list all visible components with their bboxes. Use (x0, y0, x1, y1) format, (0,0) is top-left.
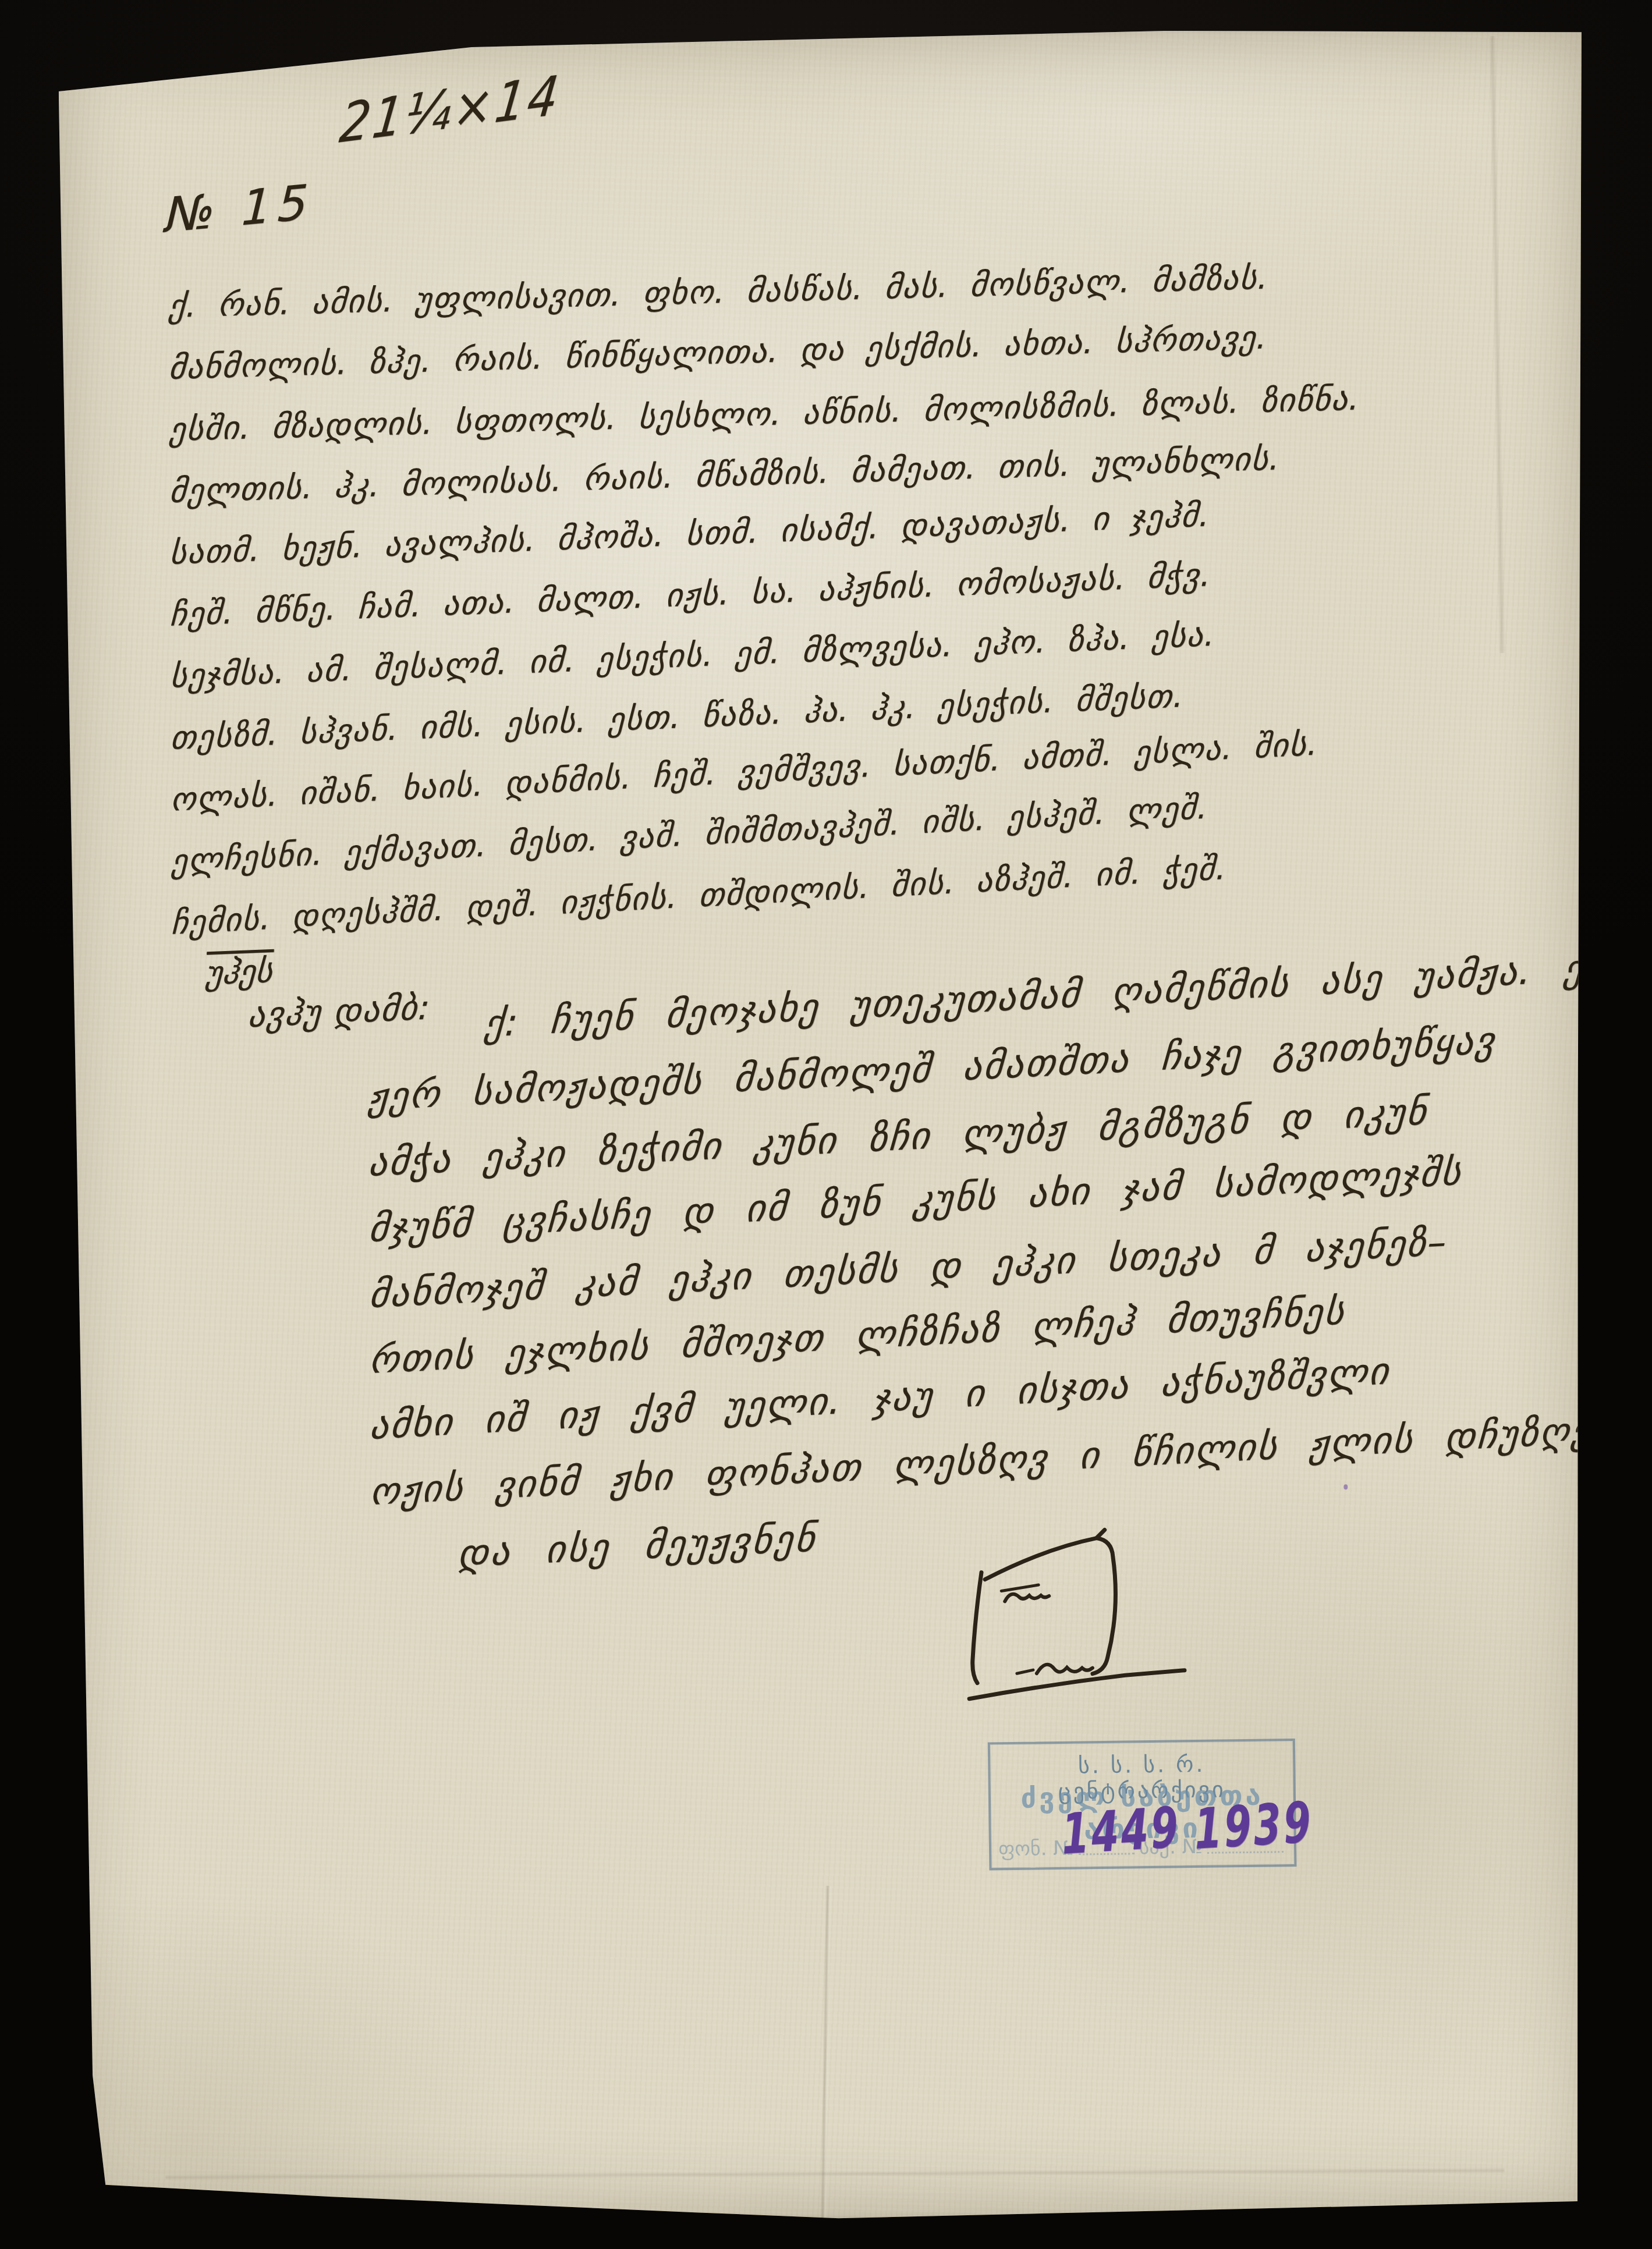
paper-crease (1489, 36, 1506, 653)
seal-sketch-icon (951, 1520, 1203, 1714)
paragraph-1: ქ. რან. ამის. უფლისავით. ფხო. მასწას. მა… (49, 25, 1589, 33)
catchword: უჰეს (204, 952, 274, 993)
closing-line: და ისე მეუჟვნენ (456, 1517, 819, 1576)
document-sheet: 21¼×14 № 15 ქ. რან. ამის. უფლისავით. ფხო… (49, 25, 1601, 2225)
size-annotation: 21¼×14 (336, 64, 564, 155)
paragraph-2: ქ: ჩუენ მეოჯახე უთეკუთამამ ღამეწმის ასე … (49, 25, 1589, 33)
fond-number: 1449 (1061, 1794, 1182, 1867)
case-number: 1939 (1193, 1789, 1314, 1862)
paragraph-2-lead: ავჰუ დამბ: (247, 987, 432, 1035)
handwritten-line: ესში. მზადლის. სფთოლს. სესხლო. აწნის. მო… (168, 379, 1362, 448)
paper-crease (165, 2168, 1504, 2180)
handwritten-line: ქ. რან. ამის. უფლისავით. ფხო. მასწას. მა… (168, 258, 1270, 325)
photo-backdrop: 21¼×14 № 15 ქ. რან. ამის. უფლისავით. ფხო… (0, 0, 1652, 2249)
archive-stamp: ს. ს. ს. რ. ცენტრარქივი ძველ საბუთთა არქ… (988, 1739, 1297, 1870)
handwritten-line: სათმ. ხეჟნ. ავალჰის. მჰოშა. სთმ. ისამქ. … (169, 496, 1211, 572)
document-number: № 15 (164, 174, 315, 243)
ink-speck (1343, 1484, 1348, 1489)
handwritten-line: მანმოლის. ზჰე. რაის. წინწყალითა. და ესქმ… (168, 318, 1269, 386)
